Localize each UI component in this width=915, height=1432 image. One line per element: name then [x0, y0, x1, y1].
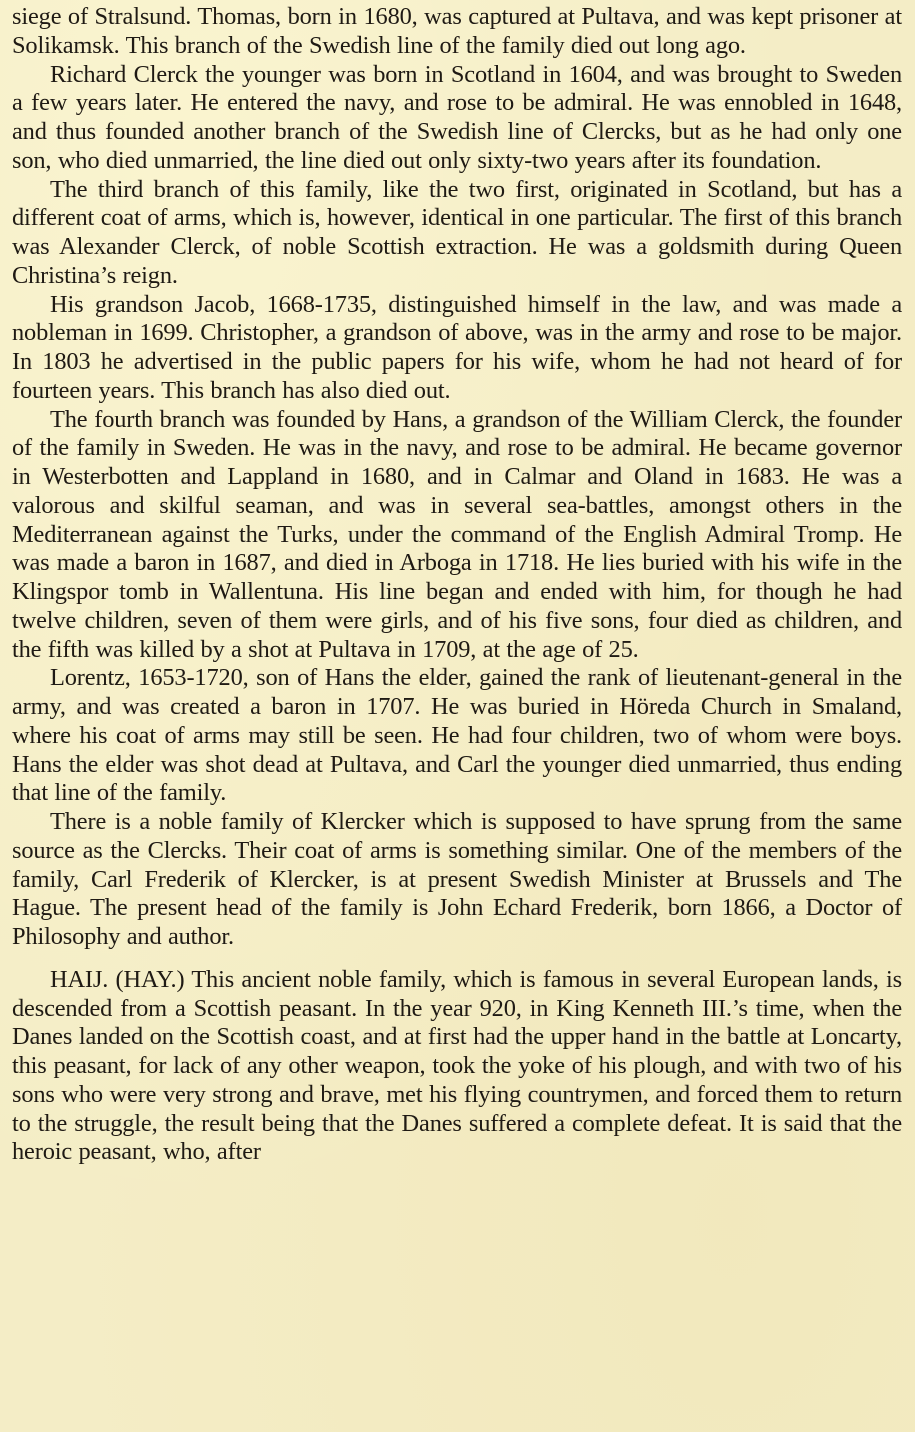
paragraph-continuation: siege of Stralsund. Thomas, born in 1680… [12, 3, 902, 61]
paragraph-jacob: His grandson Jacob, 1668-1735, distingui… [12, 291, 902, 406]
paragraph-fourth-branch: The fourth branch was founded by Hans, a… [12, 406, 902, 665]
paragraph-richard-clerck: Richard Clerck the younger was born in S… [12, 61, 902, 176]
paragraph-third-branch: The third branch of this family, like th… [12, 176, 902, 291]
paragraph-lorentz: Lorentz, 1653-1720, son of Hans the elde… [12, 664, 902, 808]
book-page: siege of Stralsund. Thomas, born in 1680… [12, 3, 902, 1167]
paragraph-haij-section: HAIJ. (HAY.) This ancient noble family, … [12, 966, 902, 1167]
paragraph-klercker: There is a noble family of Klercker whic… [12, 808, 902, 952]
